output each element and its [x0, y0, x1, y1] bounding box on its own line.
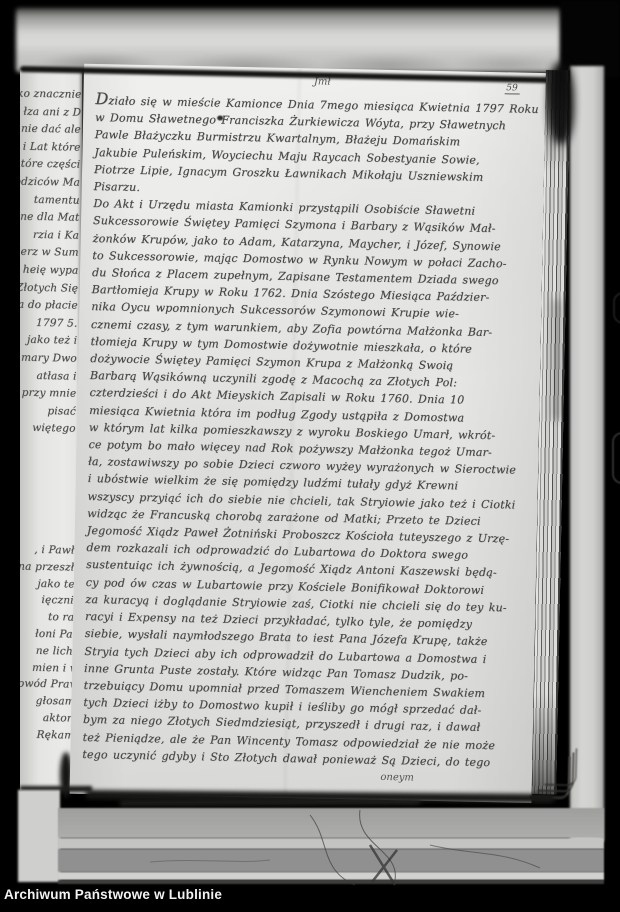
manuscript-page: Jmł 59 Działo się w mieście Kamionce Dni…: [70, 64, 547, 803]
left-page-fragment: na przeszła: [20, 558, 80, 576]
left-page-fragment: mien i w: [20, 659, 79, 677]
page-bottom-edge: [120, 799, 420, 806]
left-page-fragment: które części: [20, 156, 81, 175]
left-page-fragment: jako też: [20, 575, 80, 593]
table-surface-band: [58, 838, 604, 849]
left-page-fragment: tamentu: [20, 191, 80, 210]
page-number: 59: [504, 83, 520, 94]
left-page-fragment: rzia i Ka: [20, 226, 80, 245]
left-page-fragment: ne licha: [20, 642, 79, 660]
edge-smudge: [548, 62, 574, 144]
left-page-fragment: mary Dwo: [20, 349, 77, 368]
table-surface: [18, 790, 60, 882]
left-page-fragment: 1797 5.: [20, 314, 78, 333]
left-page-fragment: pisać: [20, 402, 77, 421]
left-page-fragment: więtego: [20, 420, 76, 439]
left-page-fragment: ko znacznie: [20, 85, 82, 104]
blurred-page-edges-top: [16, 8, 562, 72]
left-page-fragment: Dowód Praw: [20, 676, 78, 694]
left-page-fragment: mierz w Sum: [20, 244, 79, 263]
left-page-fragment: , i Pawło: [20, 541, 81, 559]
archive-watermark: Archiwum Państwowe w Lublinie: [4, 887, 222, 902]
background-mark: [612, 432, 620, 484]
left-page-fragment: atłasa i: [20, 367, 77, 386]
background-mark: [613, 292, 620, 324]
left-page-fragment: jako też i: [20, 332, 78, 351]
left-page-fragment: ięcznie: [20, 592, 80, 610]
left-page-text-fragments: ko znaczniełza ani z Dnie dać alei Lat k…: [20, 85, 82, 438]
left-page-fragment: aktory: [20, 709, 78, 727]
left-page-fragment: nie dać ale: [20, 121, 81, 140]
stacked-page-corner: [545, 748, 578, 787]
manuscript-text: Działo się w mieście Kamionce Dnia 7mego…: [82, 90, 539, 772]
table-surface-band: [58, 849, 604, 872]
left-page-fragment: Rękami: [20, 726, 78, 744]
left-page-fragment: łoni Pan: [20, 625, 79, 643]
left-page-fragment: ne dla Mat: [20, 209, 80, 228]
table-surface-band: [58, 808, 604, 838]
left-page-fragment: ma do płacie: [20, 296, 78, 315]
archival-photo: ko znaczniełza ani z Dnie dać alei Lat k…: [0, 0, 620, 912]
left-page-fragment: to raz: [20, 609, 80, 627]
table-surface-band: [58, 872, 604, 880]
edge-smudge: [552, 300, 562, 420]
table-surface-band: [58, 880, 604, 884]
left-page-fragment: Złotych Się: [20, 279, 79, 298]
left-page-fragment: heię wypa: [20, 261, 79, 280]
book-fore-edge: [570, 66, 604, 844]
catchword: oneym: [380, 772, 414, 784]
left-page-fragment: głosami: [20, 693, 78, 711]
left-page-fragment: i Lat które: [20, 138, 81, 157]
left-page-fragment: łza ani z D: [20, 103, 82, 122]
left-page-fragment: przy mnie: [20, 384, 77, 403]
left-page-fragment: Rodziców Ma: [20, 173, 81, 192]
